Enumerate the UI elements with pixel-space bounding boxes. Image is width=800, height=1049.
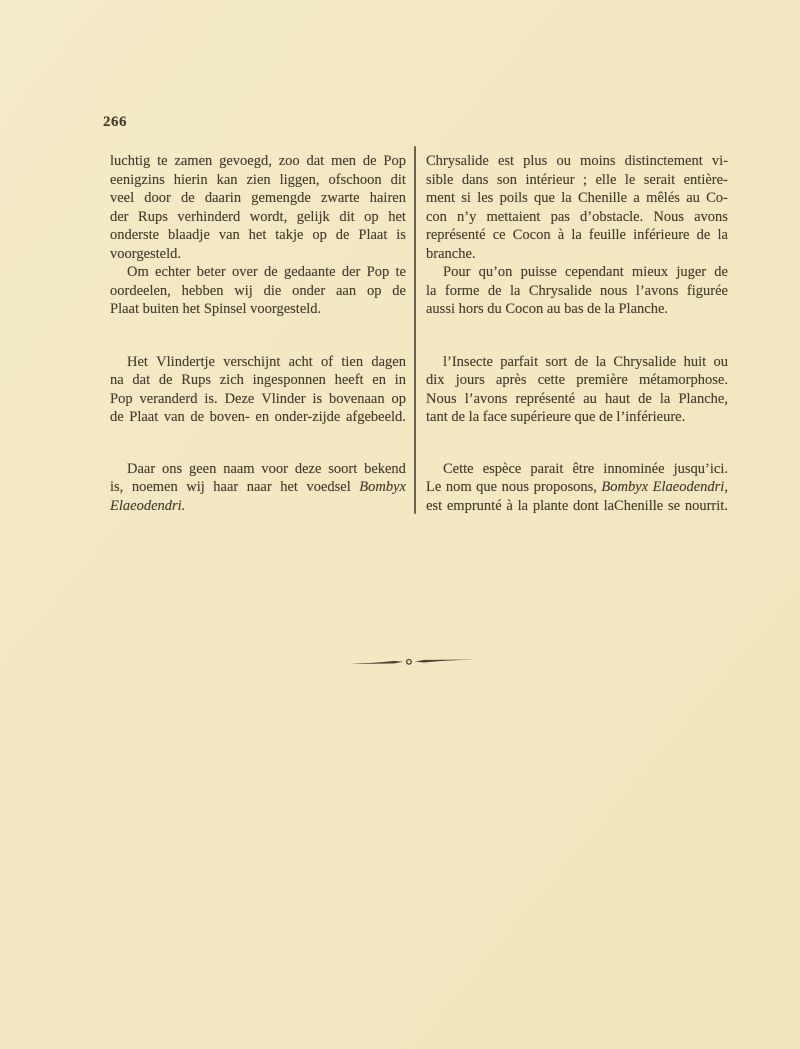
word: takje xyxy=(275,226,303,245)
word: est xyxy=(426,497,442,516)
word: dont xyxy=(573,497,599,516)
word: na xyxy=(110,371,124,390)
word: feuille xyxy=(589,226,626,245)
text-line: représentéceCoconàlafeuilleinférieuredel… xyxy=(426,226,728,245)
word: Plaat xyxy=(129,408,158,427)
word: Rups xyxy=(181,371,211,390)
word: dit xyxy=(339,208,354,227)
word: Chenille xyxy=(578,189,627,208)
word: is xyxy=(312,390,322,409)
word: espèce xyxy=(483,460,522,479)
word: la xyxy=(426,282,436,301)
word: haar xyxy=(213,478,238,497)
word: Pop xyxy=(110,390,133,409)
word: de xyxy=(575,353,589,372)
word: représenté xyxy=(426,226,486,245)
word: nourrit. xyxy=(685,497,728,516)
word: la xyxy=(660,390,670,409)
word: est xyxy=(498,152,514,171)
word: figurée xyxy=(687,282,728,301)
tapered-rule-icon xyxy=(344,653,476,672)
text-line: branche. xyxy=(426,245,728,264)
word: plante xyxy=(533,497,568,516)
word: geen xyxy=(189,460,216,479)
word: puisse xyxy=(521,263,557,282)
word: moins xyxy=(580,152,615,171)
text-line: sibledanssonintérieur;elleleseraitentièr… xyxy=(426,171,728,190)
word: représenté xyxy=(516,390,576,409)
word: que xyxy=(476,478,497,497)
word: se xyxy=(668,497,680,516)
word: inférieure xyxy=(633,226,689,245)
word: laChenille xyxy=(604,497,664,516)
word: métamorphose. xyxy=(639,371,728,390)
paragraph: OmechterbeteroverdegedaantederPopteoorde… xyxy=(110,263,406,319)
word: hebben xyxy=(182,282,224,301)
word: ingesponnen xyxy=(253,371,326,390)
word: verschijnt xyxy=(223,353,280,372)
word: Co- xyxy=(706,189,728,208)
text-line: Daaronsgeennaamvoordezesoortbekend xyxy=(110,460,406,479)
word: intérieur xyxy=(525,171,574,190)
word: de xyxy=(190,408,204,427)
word: ment xyxy=(426,189,455,208)
word: of xyxy=(321,353,333,372)
word: au xyxy=(686,189,700,208)
word: l’avons xyxy=(465,390,508,409)
word: dat xyxy=(132,371,150,390)
word: la xyxy=(518,497,528,516)
word: la xyxy=(571,226,581,245)
word: que xyxy=(534,189,555,208)
word: être xyxy=(573,460,595,479)
word: oordeelen, xyxy=(110,282,171,301)
word: Cette xyxy=(443,460,474,479)
word: à xyxy=(558,226,564,245)
species-name-word: Bombyx xyxy=(359,478,406,497)
word: dagen xyxy=(371,353,406,372)
word: afgebeeld. xyxy=(346,408,406,427)
word: de xyxy=(638,390,652,409)
text-line: ondersteblaadjevanhettakjeopdePlaatis xyxy=(110,226,406,245)
text-line: Cetteespèceparaitêtreinnominéejusqu’ici. xyxy=(426,460,728,479)
right-column-french-text: Chrysalideestplusoumoinsdistinctementvi-… xyxy=(426,152,728,515)
word: jours xyxy=(456,371,485,390)
word: Cocon xyxy=(513,226,551,245)
text-line: Chrysalideestplusoumoinsdistinctementvi- xyxy=(426,152,728,171)
word: bovenaan xyxy=(329,390,385,409)
word: proposons, xyxy=(534,478,597,497)
word: Pop xyxy=(383,152,406,171)
word: d’obstacle. xyxy=(580,208,643,227)
word: jusqu’ici. xyxy=(674,460,728,479)
word: van xyxy=(164,408,185,427)
word: vi- xyxy=(712,152,728,171)
word: hairen xyxy=(370,189,406,208)
paragraph: Pourqu’onpuissecependantmieuxjugerdelafo… xyxy=(426,263,728,319)
species-name-word: Elaeodendri, xyxy=(653,478,728,497)
word: de xyxy=(392,282,406,301)
word: naar xyxy=(247,478,272,497)
word: heeft xyxy=(335,371,364,390)
word: emprunté xyxy=(447,497,502,516)
text-line: conn’ymettaientpasd’obstacle.Nousavons xyxy=(426,208,728,227)
word: la xyxy=(717,226,727,245)
word: à xyxy=(506,497,512,516)
word: de xyxy=(336,226,350,245)
paragraph: Cetteespèceparaitêtreinnominéejusqu’ici.… xyxy=(426,460,728,516)
text-line: tant de la face supérieure que de l’infé… xyxy=(426,408,728,427)
word: qu’on xyxy=(479,263,513,282)
word: de xyxy=(363,152,377,171)
word: gedaante xyxy=(284,263,336,282)
word: elle xyxy=(595,171,616,190)
word: op xyxy=(392,390,407,409)
word: wij xyxy=(186,478,205,497)
word: Nous xyxy=(653,208,684,227)
word: zwarte xyxy=(321,189,360,208)
word: zoo xyxy=(279,152,300,171)
word: het xyxy=(388,208,406,227)
word: ce xyxy=(493,226,506,245)
word: ou xyxy=(713,353,728,372)
word: luchtig xyxy=(110,152,150,171)
word: Om xyxy=(127,263,149,282)
word: door xyxy=(144,189,171,208)
text-segment: voorgesteld. xyxy=(110,246,181,262)
word: Nous xyxy=(426,390,457,409)
word: liggen, xyxy=(280,171,320,190)
word: gemengde xyxy=(251,189,311,208)
word: poils xyxy=(500,189,528,208)
word: a xyxy=(633,189,639,208)
text-line: nadatdeRupszichingesponnenheeftenin xyxy=(110,371,406,390)
text-line: oordeelen,hebbenwijdieonderaanopde xyxy=(110,282,406,301)
word: verhinderd xyxy=(177,208,240,227)
word: n’y xyxy=(457,208,476,227)
word: la xyxy=(510,282,520,301)
word: bekend xyxy=(364,460,406,479)
word: veranderd xyxy=(139,390,197,409)
word: dix xyxy=(426,371,445,390)
text-line: dePlaatvandeboven-enonder-zijdeafgebeeld… xyxy=(110,408,406,427)
word: nous xyxy=(502,478,529,497)
text-line: dixjoursaprèscettepremièremétamorphose. xyxy=(426,371,728,390)
word: parait xyxy=(530,460,563,479)
word: op xyxy=(364,208,379,227)
word: innominée xyxy=(603,460,664,479)
word: op xyxy=(312,226,327,245)
word: Chrysalide xyxy=(426,152,489,171)
text-segment: Plaat buiten het Spinsel voorgesteld. xyxy=(110,301,321,317)
word: Daar xyxy=(127,460,155,479)
paragraph: luchtigtezamengevoegd,zoodatmendePopeeni… xyxy=(110,152,406,263)
text-line: estempruntéàlaplantedontlaChenillesenour… xyxy=(426,497,728,516)
word: het xyxy=(280,478,298,497)
word: tien xyxy=(341,353,363,372)
word: après xyxy=(496,371,527,390)
word: van xyxy=(219,226,240,245)
word: zien xyxy=(246,171,270,190)
word: onder-zijde xyxy=(275,408,341,427)
word: en xyxy=(255,408,269,427)
word: mettaient xyxy=(487,208,541,227)
word: ou xyxy=(556,152,571,171)
word: sort xyxy=(545,353,567,372)
word: voedsel xyxy=(306,478,350,497)
word: voor xyxy=(261,460,288,479)
text-line: veeldoordedaaringemengdezwartehairen xyxy=(110,189,406,208)
word: deze xyxy=(295,460,322,479)
word: gevoegd, xyxy=(219,152,272,171)
word: in xyxy=(395,371,406,390)
page-number: 266 xyxy=(103,114,127,131)
word: der xyxy=(342,263,361,282)
text-line: Popveranderdis.DezeVlinderisbovenaanop xyxy=(110,390,406,409)
text-line: Plaat buiten het Spinsel voorgesteld. xyxy=(110,300,406,319)
word: onderste xyxy=(110,226,159,245)
word: acht xyxy=(289,353,313,372)
word: is xyxy=(396,226,406,245)
word: soort xyxy=(328,460,357,479)
text-segment: branche. xyxy=(426,246,476,262)
paragraph: l’InsecteparfaitsortdelaChrysalidehuitou… xyxy=(426,353,728,427)
word: men xyxy=(331,152,356,171)
word: sible xyxy=(426,171,453,190)
word: entière- xyxy=(684,171,728,190)
word: au xyxy=(583,390,597,409)
word: zamen xyxy=(174,152,212,171)
book-page: 266 luchtigtezamengevoegd,zoodatmendePop… xyxy=(0,0,800,1049)
word: echter xyxy=(155,263,190,282)
word: Pour xyxy=(443,263,470,282)
text-line: is,noemenwijhaarnaarhetvoedselBombyx xyxy=(110,478,406,497)
word: onder xyxy=(292,282,325,301)
text-line: voorgesteld. xyxy=(110,245,406,264)
word: ; xyxy=(583,171,587,190)
text-line: Nousl’avonsreprésentéauhautdelaPlanche, xyxy=(426,390,728,409)
word: de xyxy=(714,263,728,282)
word: de xyxy=(110,408,124,427)
word: l’avons xyxy=(636,282,679,301)
text-line: laformedelaChrysalidenousl’avonsfigurée xyxy=(426,282,728,301)
word: cette xyxy=(538,371,565,390)
word: beter xyxy=(197,263,226,282)
word: distinctement xyxy=(625,152,703,171)
word: plus xyxy=(523,152,547,171)
word: con xyxy=(426,208,447,227)
word: la xyxy=(561,189,571,208)
species-name-segment: Elaeodendri. xyxy=(110,498,185,514)
text-line: HetVlindertjeverschijntachtoftiendagen xyxy=(110,353,406,372)
paragraph: Daaronsgeennaamvoordezesoortbekendis,noe… xyxy=(110,460,406,516)
word: veel xyxy=(110,189,134,208)
word: Plaat xyxy=(358,226,387,245)
word: eenigzins xyxy=(110,171,165,190)
word: te xyxy=(395,263,405,282)
word: pas xyxy=(551,208,570,227)
word: Het xyxy=(127,353,148,372)
word: wij xyxy=(234,282,253,301)
word: huit xyxy=(684,353,707,372)
word: de xyxy=(264,263,278,282)
word: l’Insecte xyxy=(443,353,493,372)
word: si xyxy=(461,189,471,208)
word: Vlindertje xyxy=(156,353,215,372)
word: avons xyxy=(694,208,728,227)
word: kan xyxy=(217,171,238,190)
paragraph: HetVlindertjeverschijntachtoftiendagenna… xyxy=(110,353,406,427)
word: der xyxy=(110,208,129,227)
text-segment: aussi hors du Cocon au bas de la Planche… xyxy=(426,301,668,317)
word: le xyxy=(625,171,635,190)
text-line: Pourqu’onpuissecependantmieuxjugerde xyxy=(426,263,728,282)
word: dat xyxy=(307,152,325,171)
text-line: eenigzinshierinkanzienliggen,ofschoondit xyxy=(110,171,406,190)
word: serait xyxy=(644,171,675,190)
text-line: l’InsecteparfaitsortdelaChrysalidehuitou xyxy=(426,353,728,372)
word: de xyxy=(488,282,502,301)
text-segment: tant de la face supérieure que de l’infé… xyxy=(426,409,685,425)
word: dans xyxy=(462,171,489,190)
word: op xyxy=(367,282,382,301)
word: Le xyxy=(426,478,441,497)
word: cependant xyxy=(565,263,624,282)
left-column-dutch-text: luchtigtezamengevoegd,zoodatmendePopeeni… xyxy=(110,152,406,515)
word: over xyxy=(232,263,258,282)
word: nom xyxy=(446,478,472,497)
word: Vlinder xyxy=(261,390,305,409)
word: Pop xyxy=(367,263,390,282)
word: Rups xyxy=(138,208,168,227)
word: en xyxy=(372,371,386,390)
text-line: luchtigtezamengevoegd,zoodatmendePop xyxy=(110,152,406,171)
word: ons xyxy=(162,460,182,479)
word: parfait xyxy=(500,353,538,372)
word: is. xyxy=(204,390,217,409)
text-line: OmechterbeteroverdegedaantederPopte xyxy=(110,263,406,282)
paragraph: Chrysalideestplusoumoinsdistinctementvi-… xyxy=(426,152,728,263)
text-line: Lenomquenousproposons,BombyxElaeodendri, xyxy=(426,478,728,497)
word: juger xyxy=(676,263,706,282)
word: wordt, xyxy=(250,208,287,227)
species-name-word: Bombyx xyxy=(601,478,648,497)
word: hierin xyxy=(174,171,208,190)
text-line: derRupsverhinderdwordt,gelijkditophet xyxy=(110,208,406,227)
word: forme xyxy=(445,282,480,301)
word: Deze xyxy=(225,390,255,409)
word: Planche, xyxy=(678,390,728,409)
word: te xyxy=(157,152,167,171)
word: is, xyxy=(110,478,123,497)
word: aan xyxy=(336,282,356,301)
word: naam xyxy=(223,460,254,479)
word: Chrysalide xyxy=(529,282,592,301)
word: die xyxy=(264,282,282,301)
text-line: mentsilespoilsquelaChenilleamêlésauCo- xyxy=(426,189,728,208)
word: daarin xyxy=(205,189,241,208)
column-divider-rule xyxy=(414,146,416,514)
word: de xyxy=(181,189,195,208)
word: nous xyxy=(600,282,627,301)
word: mêlés xyxy=(646,189,680,208)
word: la xyxy=(596,353,606,372)
word: boven- xyxy=(210,408,250,427)
word: blaadje xyxy=(168,226,210,245)
word: les xyxy=(477,189,493,208)
section-end-ornament xyxy=(344,653,476,672)
word: Chrysalide xyxy=(613,353,676,372)
word: ofschoon xyxy=(328,171,381,190)
word: zich xyxy=(220,371,244,390)
word: gelijk xyxy=(297,208,330,227)
word: noemen xyxy=(132,478,178,497)
word: première xyxy=(576,371,628,390)
text-line: Elaeodendri. xyxy=(110,497,406,516)
word: mieux xyxy=(632,263,668,282)
word: het xyxy=(249,226,267,245)
word: dit xyxy=(391,171,406,190)
word: de xyxy=(159,371,173,390)
text-line: aussi hors du Cocon au bas de la Planche… xyxy=(426,300,728,319)
word: de xyxy=(697,226,711,245)
word: haut xyxy=(605,390,630,409)
word: son xyxy=(497,171,517,190)
